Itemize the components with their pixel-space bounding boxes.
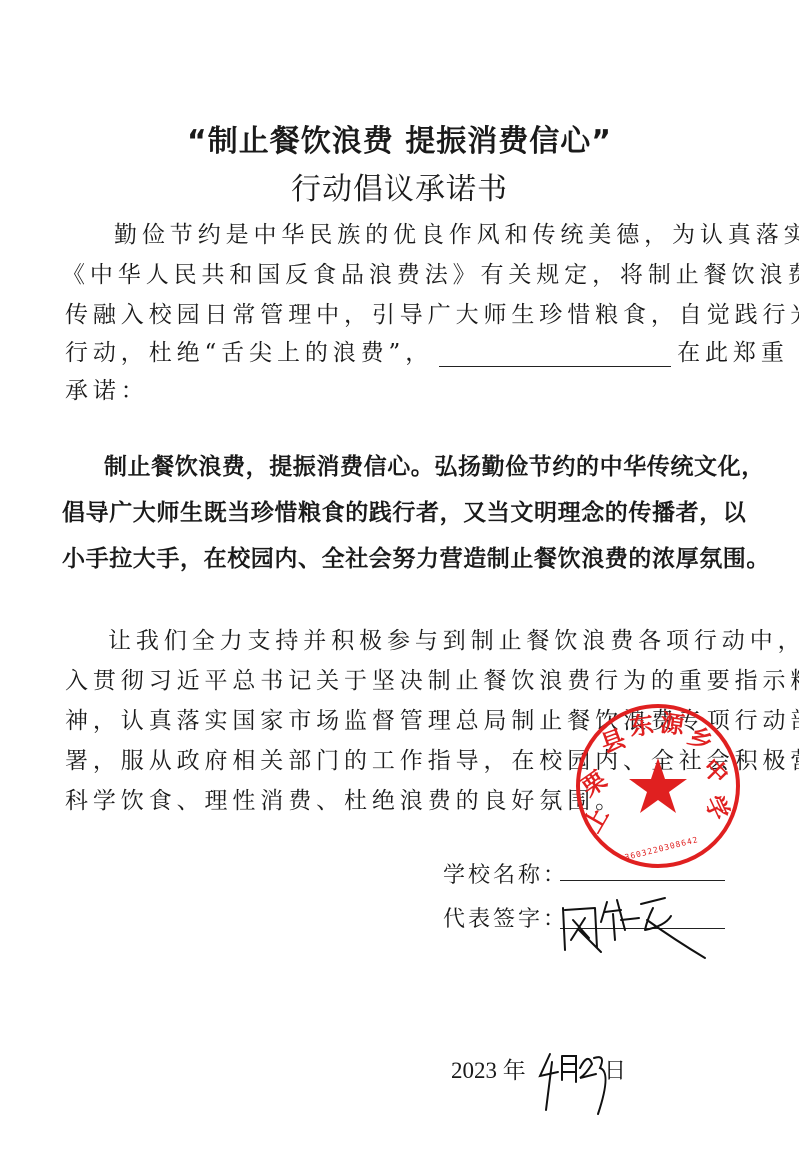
date-year: 2023 年 [451,1058,526,1083]
svg-text:中: 中 [697,753,734,790]
school-name-label: 学校名称： [443,858,568,889]
text-segment: 行动，杜绝“舌尖上的浪费”， [65,340,433,366]
text-line: 制止餐饮浪费，提振消费信心。弘扬勤俭节约的中华传统文化， [104,448,765,481]
official-seal: 上 栗 县 东 源 乡 中 学 3603220308642 [572,700,744,872]
representative-label: 代表签字： [443,902,568,933]
text-line: 行动，杜绝“舌尖上的浪费”，在此郑重 [65,334,789,367]
svg-text:源: 源 [658,709,687,740]
handwritten-date: 日 [530,1040,630,1115]
day-char: 日 [604,1059,626,1084]
text-line: 勤俭节约是中华民族的优良作风和传统美德，为认真落实 [114,216,799,249]
svg-text:东: 东 [628,710,656,741]
date: 2023 年 [451,1052,526,1085]
school-name-line [560,880,725,881]
text-line: 承诺： [65,372,149,405]
text-line: 小手拉大手，在校园内、全社会努力营造制止餐饮浪费的浓厚氛围。 [62,540,770,573]
text-line: 让我们全力支持并积极参与到制止餐饮浪费各项行动中，深 [108,622,799,655]
school-blank-line [439,346,671,367]
text-line: 入贯彻习近平总书记关于坚决制止餐饮浪费行为的重要指示精 [65,662,799,695]
handwritten-signature [555,890,725,960]
svg-text:栗: 栗 [576,766,612,803]
text-line: 科学饮食、理性消费、杜绝浪费的良好氛围。 [65,782,623,815]
svg-text:上: 上 [578,803,614,838]
text-line: 传融入校园日常管理中，引导广大师生珍惜粮食，自觉践行光盘 [65,296,799,329]
document-title: “制止餐饮浪费 提振消费信心” [0,116,799,160]
text-line: 《中华人民共和国反食品浪费法》有关规定，将制止餐饮浪费宣 [62,256,799,289]
document-subtitle: 行动倡议承诺书 [0,164,799,208]
text-line: 倡导广大师生既当珍惜粮食的践行者，又当文明理念的传播者，以 [62,494,746,527]
text-segment: 在此郑重 [677,340,789,366]
